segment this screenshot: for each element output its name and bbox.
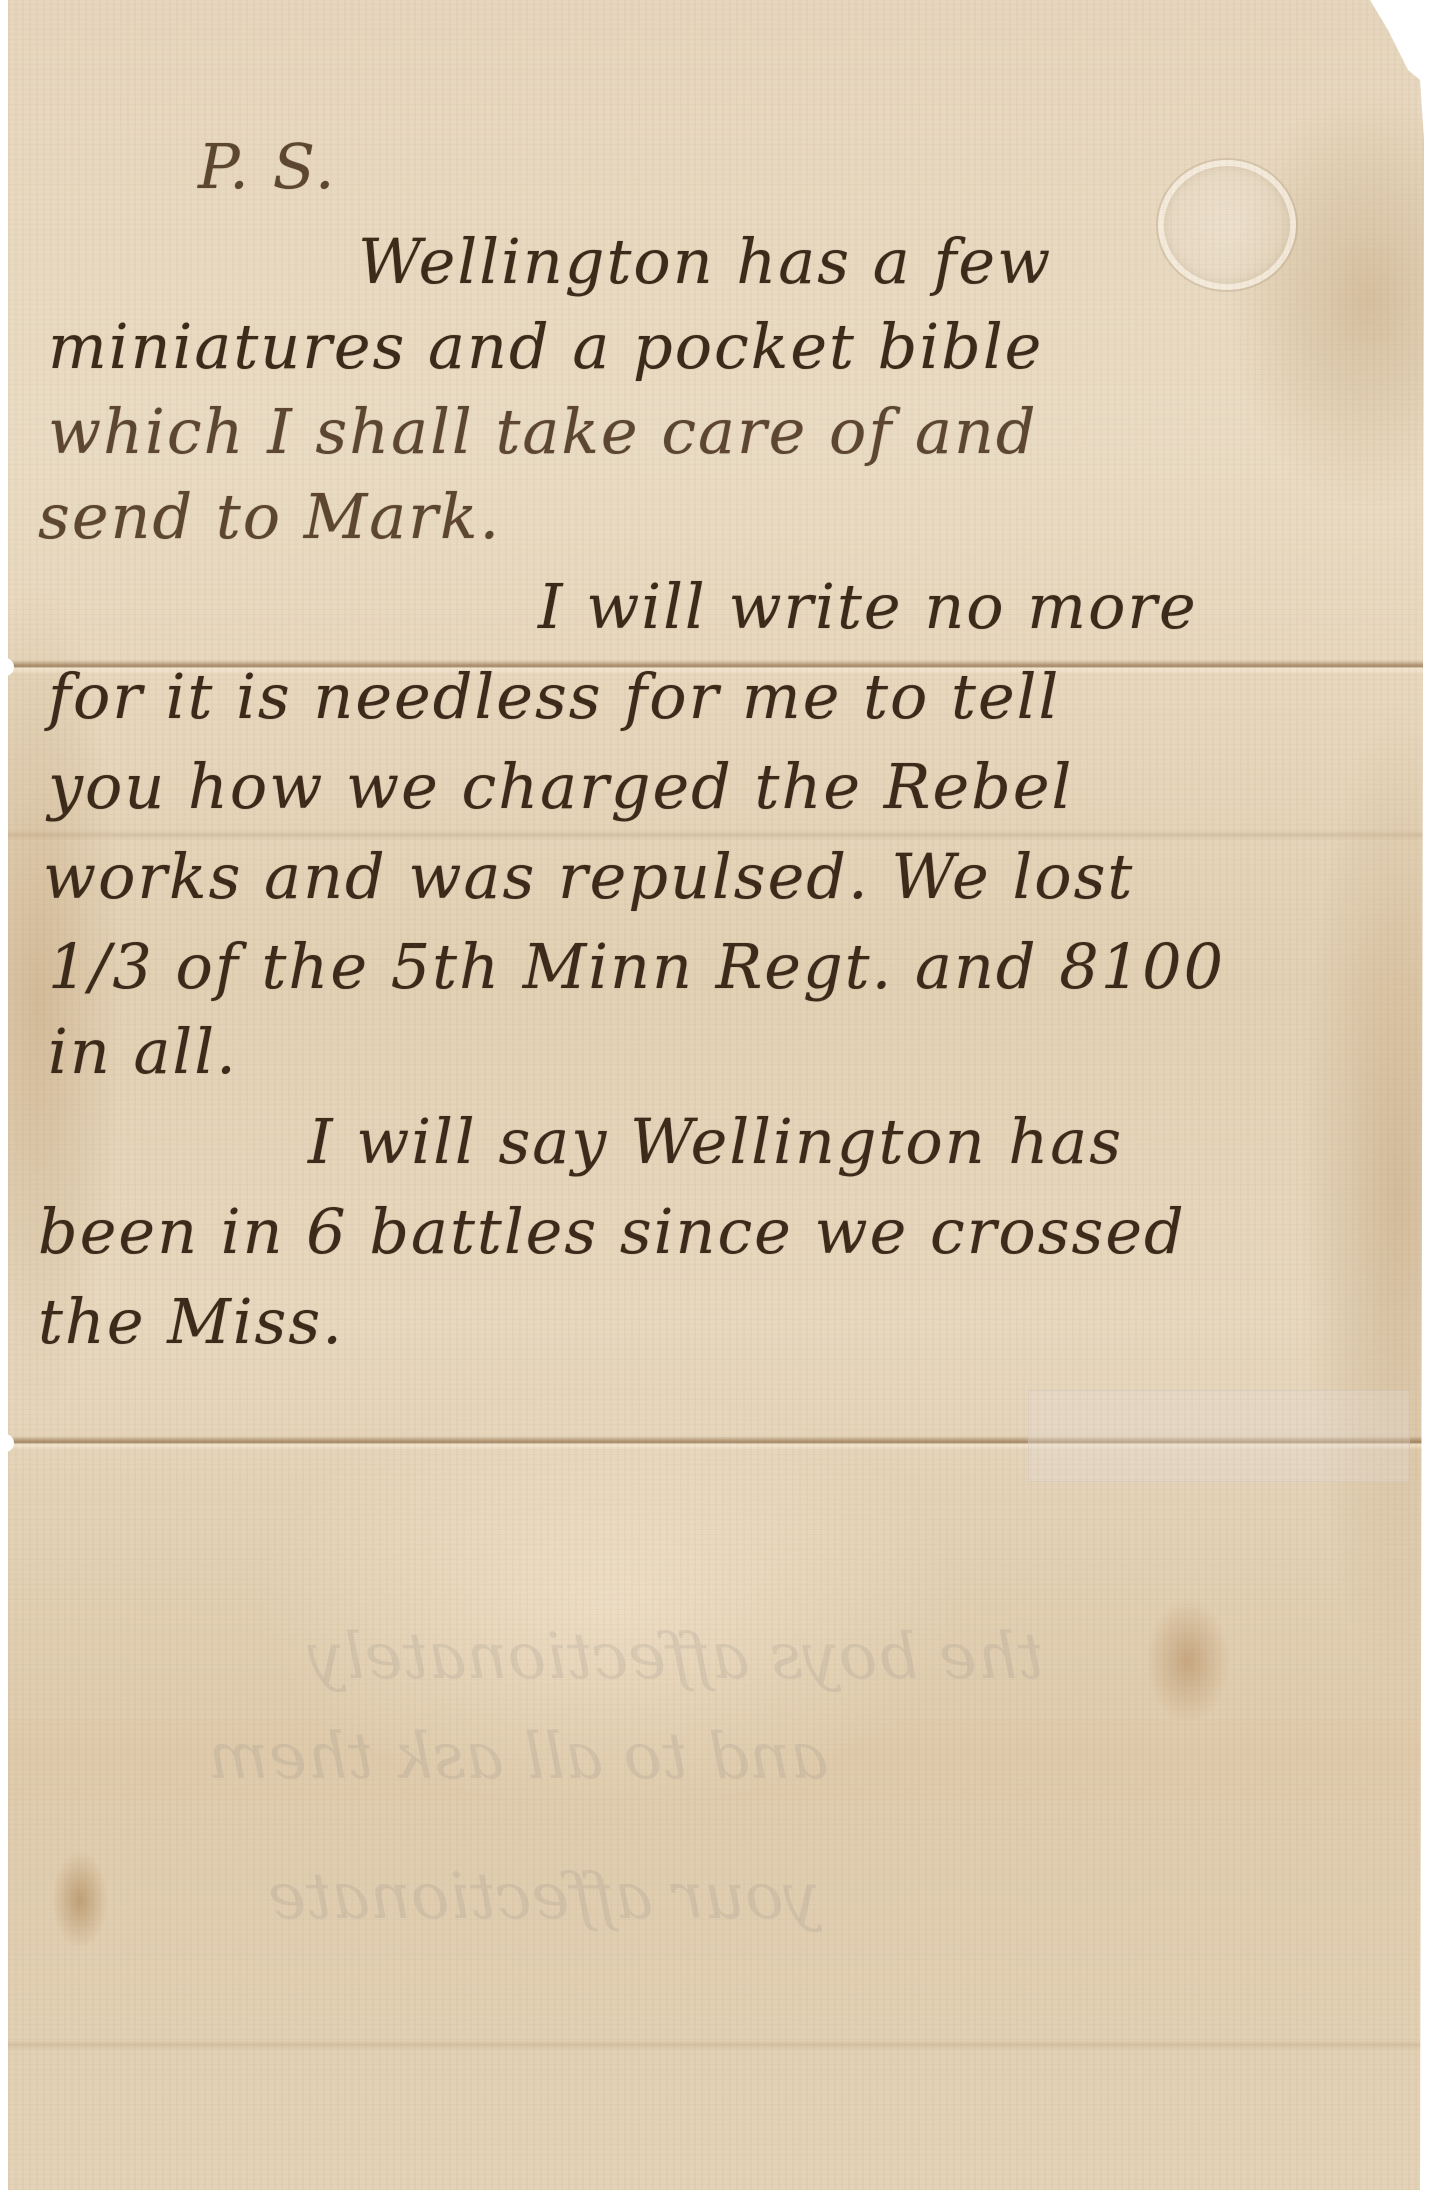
embossed-seal-icon [1158, 160, 1296, 290]
bleed-through-line: your affectionate [268, 1860, 820, 1934]
letter-line: which I shall take care of and [48, 395, 1038, 468]
letter-line: the Miss. [38, 1285, 344, 1358]
fold-crease [8, 830, 1424, 840]
letter-line: works and was repulsed. We lost [43, 840, 1134, 913]
bleed-through-line: and to all ask them [208, 1720, 828, 1794]
letter-line: I will write no more [538, 570, 1198, 643]
letter-page: the boys affectionately and to all ask t… [8, 0, 1424, 2190]
letter-line: for it is needless for me to tell [48, 660, 1060, 733]
letter-line: send to Mark. [38, 480, 501, 553]
fold-crease [8, 2040, 1424, 2050]
letter-heading: P. S. [198, 130, 337, 203]
letter-line: Wellington has a few [358, 225, 1052, 298]
letter-line: I will say Wellington has [308, 1105, 1123, 1178]
letter-line: in all. [48, 1015, 238, 1088]
letter-line: been in 6 battles since we crossed [38, 1195, 1186, 1268]
letter-line: you how we charged the Rebel [48, 750, 1073, 823]
bleed-through-line: the boys affectionately [308, 1620, 1044, 1694]
letter-line: 1/3 of the 5th Minn Regt. and 8100 [48, 930, 1225, 1003]
tape-repair [1028, 1390, 1410, 1482]
letter-line: miniatures and a pocket bible [48, 310, 1043, 383]
